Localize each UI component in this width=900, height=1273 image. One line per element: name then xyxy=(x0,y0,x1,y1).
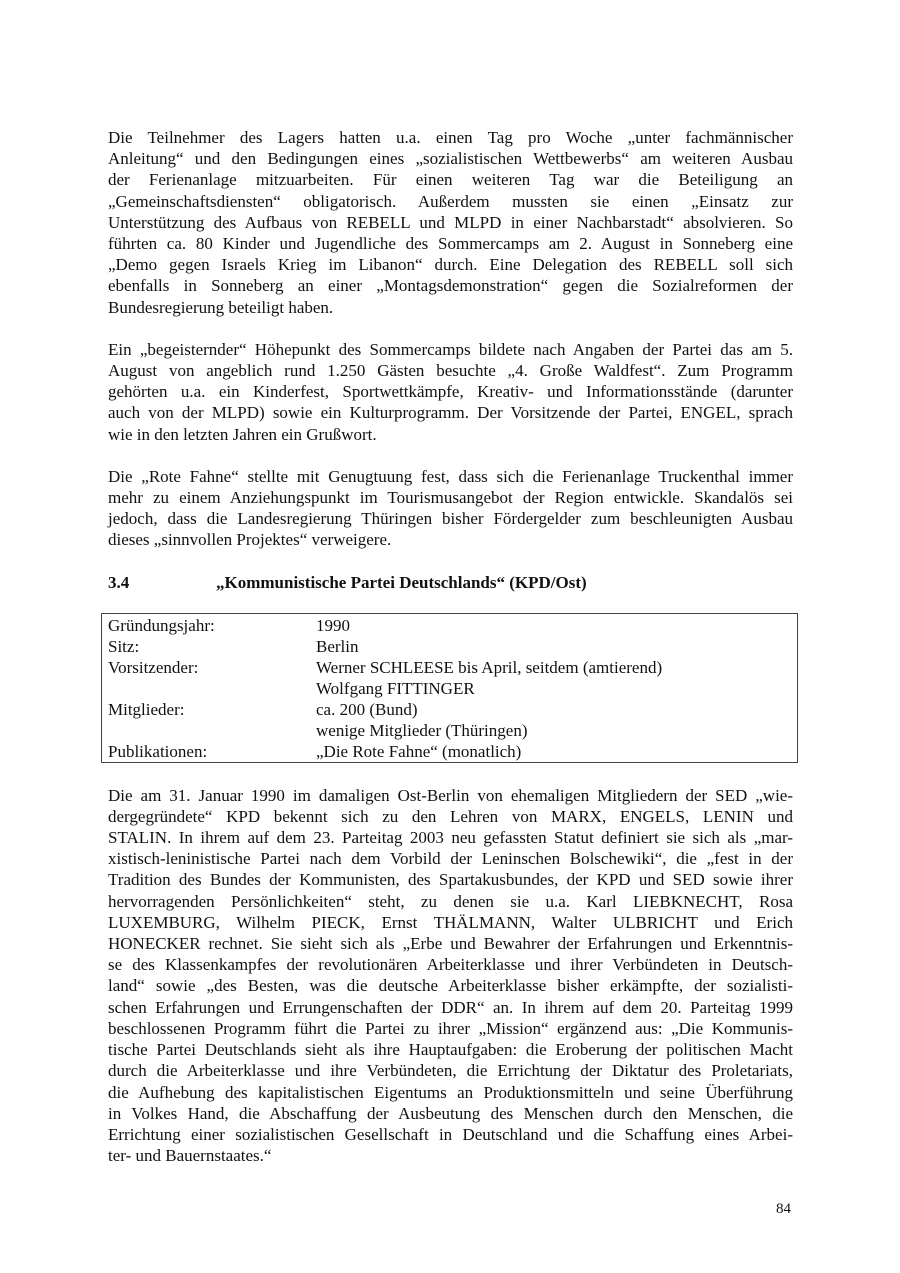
fact-value: ca. 200 (Bund) xyxy=(316,699,797,720)
paragraph: Ein „begeisternder“ Höhepunkt des Sommer… xyxy=(108,339,793,445)
section-heading: 3.4 „Kommunistische Partei Deutschlands“… xyxy=(108,572,793,593)
body-text-before-section: Die Teilnehmer des Lagers hatten u.a. ei… xyxy=(108,127,793,551)
text-line: dergegründete“ KPD bekennt sich zu den L… xyxy=(108,806,793,827)
paragraph: Die „Rote Fahne“ stellte mit Genugtuung … xyxy=(108,466,793,551)
fact-value: 1990 xyxy=(316,615,797,636)
paragraph: Die am 31. Januar 1990 im damaligen Ost-… xyxy=(108,785,793,1167)
text-line: hervorragenden Persönlichkeiten“ steht, … xyxy=(108,891,793,912)
text-line: durch die Arbeiterklasse und ihre Verbün… xyxy=(108,1060,793,1081)
fact-value: Werner SCHLEESE bis April, seitdem (amti… xyxy=(316,657,797,678)
section-number: 3.4 xyxy=(108,572,216,593)
fact-value: Berlin xyxy=(316,636,797,657)
fact-value: Wolfgang FITTINGER xyxy=(316,678,797,699)
text-line: „Demo gegen Israels Krieg im Libanon“ du… xyxy=(108,254,793,275)
text-line: Ein „begeisternder“ Höhepunkt des Sommer… xyxy=(108,339,793,360)
text-line: „Gemeinschaftsdiensten“ obligatorisch. A… xyxy=(108,191,793,212)
section-title: „Kommunistische Partei Deutschlands“ (KP… xyxy=(216,572,587,593)
paragraph: Die Teilnehmer des Lagers hatten u.a. ei… xyxy=(108,127,793,318)
fact-value: „Die Rote Fahne“ (monatlich) xyxy=(316,741,797,762)
fact-row: Publikationen:„Die Rote Fahne“ (monatlic… xyxy=(108,741,797,762)
text-line: wie in den letzten Jahren ein Grußwort. xyxy=(108,424,793,445)
text-line: beschlossenen Programm führt die Partei … xyxy=(108,1018,793,1039)
text-line: in Volkes Hand, die Abschaffung der Ausb… xyxy=(108,1103,793,1124)
text-line: Die Teilnehmer des Lagers hatten u.a. ei… xyxy=(108,127,793,148)
text-line: Errichtung einer sozialistischen Gesells… xyxy=(108,1124,793,1145)
text-line: jedoch, dass die Landesregierung Thüring… xyxy=(108,508,793,529)
text-line: ter- und Bauernstaates.“ xyxy=(108,1145,793,1166)
fact-label: Publikationen: xyxy=(108,741,316,762)
text-line: tische Partei Deutschlands sieht als ihr… xyxy=(108,1039,793,1060)
fact-values: 1990 xyxy=(316,615,797,636)
text-line: August von angeblich rund 1.250 Gästen b… xyxy=(108,360,793,381)
fact-row: Gründungsjahr:1990 xyxy=(108,615,797,636)
fact-values: Werner SCHLEESE bis April, seitdem (amti… xyxy=(316,657,797,699)
text-line: die Aufhebung des kapitalistischen Eigen… xyxy=(108,1082,793,1103)
fact-row: Vorsitzender:Werner SCHLEESE bis April, … xyxy=(108,657,797,699)
text-line: xistisch-leninistische Partei nach dem V… xyxy=(108,848,793,869)
fact-label: Sitz: xyxy=(108,636,316,657)
fact-values: „Die Rote Fahne“ (monatlich) xyxy=(316,741,797,762)
text-line: Tradition des Bundes der Kommunisten, de… xyxy=(108,869,793,890)
party-fact-box: Gründungsjahr:1990Sitz:BerlinVorsitzende… xyxy=(101,613,798,763)
document-page: Die Teilnehmer des Lagers hatten u.a. ei… xyxy=(108,127,793,1187)
text-line: ebenfalls in Sonneberg an einer „Montags… xyxy=(108,275,793,296)
fact-label: Mitglieder: xyxy=(108,699,316,741)
text-line: Unterstützung des Aufbaus von REBELL und… xyxy=(108,212,793,233)
body-text-after-section: Die am 31. Januar 1990 im damaligen Ost-… xyxy=(108,785,793,1167)
text-line: Die am 31. Januar 1990 im damaligen Ost-… xyxy=(108,785,793,806)
text-line: land“ sowie „des Besten, was die deutsch… xyxy=(108,975,793,996)
page-number: 84 xyxy=(776,1201,791,1218)
fact-values: Berlin xyxy=(316,636,797,657)
fact-label: Gründungsjahr: xyxy=(108,615,316,636)
text-line: Anleitung“ und den Bedingungen eines „so… xyxy=(108,148,793,169)
text-line: Bundesregierung beteiligt haben. xyxy=(108,297,793,318)
text-line: führten ca. 80 Kinder und Jugendliche de… xyxy=(108,233,793,254)
text-line: se des Klassenkampfes der revolutionären… xyxy=(108,954,793,975)
text-line: mehr zu einem Anziehungspunkt im Tourism… xyxy=(108,487,793,508)
fact-values: ca. 200 (Bund)wenige Mitglieder (Thüring… xyxy=(316,699,797,741)
text-line: dieses „sinnvollen Projektes“ verweigere… xyxy=(108,529,793,550)
text-line: gehörten u.a. ein Kinderfest, Sportwettk… xyxy=(108,381,793,402)
fact-row: Mitglieder:ca. 200 (Bund)wenige Mitglied… xyxy=(108,699,797,741)
text-line: STALIN. In ihrem auf dem 23. Parteitag 2… xyxy=(108,827,793,848)
text-line: auch von der MLPD) sowie ein Kulturprogr… xyxy=(108,402,793,423)
fact-row: Sitz:Berlin xyxy=(108,636,797,657)
text-line: HONECKER rechnet. Sie sieht sich als „Er… xyxy=(108,933,793,954)
fact-value: wenige Mitglieder (Thüringen) xyxy=(316,720,797,741)
fact-label: Vorsitzender: xyxy=(108,657,316,699)
text-line: schen Erfahrungen und Errungenschaften d… xyxy=(108,997,793,1018)
text-line: Die „Rote Fahne“ stellte mit Genugtuung … xyxy=(108,466,793,487)
text-line: der Ferienanlage mitzuarbeiten. Für eine… xyxy=(108,169,793,190)
text-line: LUXEMBURG, Wilhelm PIECK, Ernst THÄLMANN… xyxy=(108,912,793,933)
